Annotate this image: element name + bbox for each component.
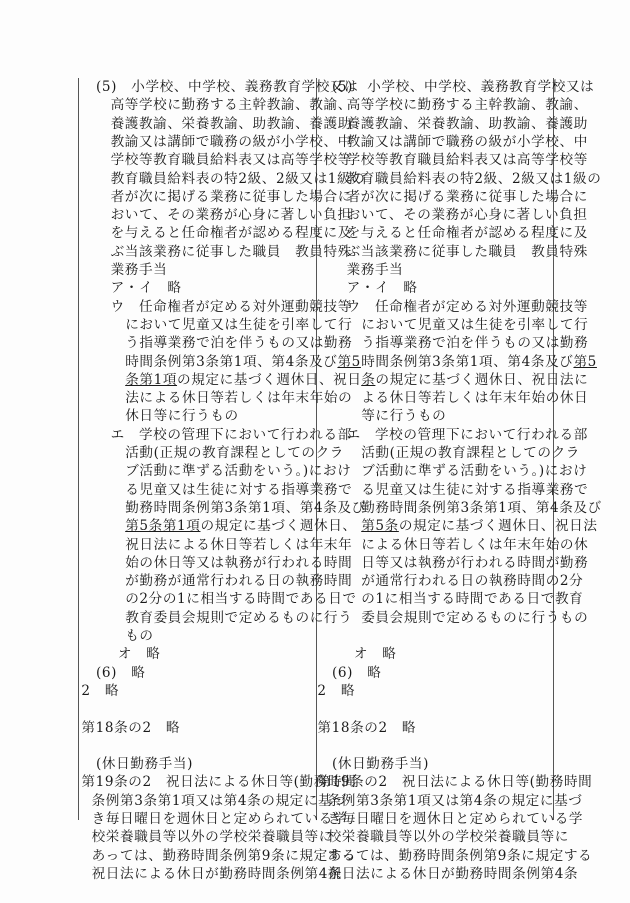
text-line: 教育委員会規則で定めるものに行う (125, 609, 352, 627)
text-line: 祝日法による休日等若しくは年末年 (125, 536, 352, 554)
text-line: 校栄養職員等以外の学校栄養職員等に (328, 828, 569, 846)
text-line: 養護教諭、栄養教諭、助教諭、養護助 (111, 115, 352, 133)
text-line: において児童又は生徒を引率して行 (361, 316, 588, 334)
text-line: が通常行われる日の執務時間の2分 (361, 572, 583, 590)
text-line: あっては、勤務時間条例第9条に規定する (92, 847, 357, 865)
text-line: 委員会規則で定めるものに行うもの (361, 609, 588, 627)
text-line: 第5条の規定に基づく週休日、祝日法 (361, 517, 597, 535)
text-line: 第19条の2 祝日法による休日等(勤務時間 (81, 773, 356, 791)
text-line: が勤務が通常行われる日の執務時間 (125, 572, 352, 590)
text-segment: の規定に基づく週休日、 (200, 518, 356, 534)
text-line: (休日勤務手当) (332, 755, 429, 773)
text-line: 条例第3条第1項又は第4条の規定に基づ (92, 792, 347, 810)
text-line: 者が次に掲げる業務に従事した場合に (111, 188, 352, 206)
text-line: 休日等に行うもの (125, 407, 239, 425)
text-line: ブ活動に準ずる活動をいう。)におけ (361, 462, 587, 480)
text-line: 勤務時間条例第3条第1項、第4条及び (125, 499, 366, 517)
text-line: (5) 小学校、中学校、義務教育学校又は (332, 78, 594, 96)
text-line: 養護教諭、栄養教諭、助教諭、養護助 (347, 115, 588, 133)
text-segment: 時間条例第3条第1項、第4条及び (361, 354, 573, 370)
text-line: ウ 任命権者が定める対外運動競技等 (347, 298, 588, 316)
text-line: おいて、その業務が心身に著しい負担 (111, 206, 352, 224)
text-line: 活動(正規の教育課程としてのクラ (125, 444, 344, 462)
text-line: の1に相当する時間である日で教育 (361, 590, 583, 608)
text-line: 高等学校に勤務する主幹教諭、教諭、 (111, 96, 352, 114)
text-line: 高等学校に勤務する主幹教諭、教諭、 (347, 96, 588, 114)
text-line: を与えると任命権者が認める程度に及 (347, 224, 588, 242)
text-segment: の規定に基づく週休日、祝日法 (399, 518, 598, 534)
text-line: き毎日曜日を週休日と定められている学 (92, 810, 348, 828)
text-line: (6) 略 (332, 664, 381, 682)
text-line: おいて、その業務が心身に著しい負担 (347, 206, 588, 224)
text-line: オ 略 (118, 645, 161, 663)
text-line: ブ活動に準ずる活動をいう。)におけ (125, 462, 351, 480)
text-line: による休日等若しくは年末年始の休 (361, 536, 588, 554)
text-line: 勤務時間条例第3条第1項、第4条及び (361, 499, 602, 517)
text-line: 者が次に掲げる業務に従事した場合に (347, 188, 588, 206)
text-line: 校栄養職員等以外の学校栄養職員等に (92, 828, 333, 846)
text-line: 教諭又は講師で職務の級が小学校、中 (347, 133, 588, 151)
text-line: を与えると任命権者が認める程度に及 (111, 224, 352, 242)
text-line: 始の休日等又は執務が行われる時間 (125, 554, 352, 572)
text-line: 第18条の2 略 (81, 719, 180, 737)
text-line: ア・イ 略 (111, 279, 182, 297)
text-line: において児童又は生徒を引率して行 (125, 316, 352, 334)
text-line: 学校等教育職員給料表又は高等学校等 (347, 151, 588, 169)
underlined-amendment: 第5 (573, 354, 596, 370)
text-line: (6) 略 (96, 664, 145, 682)
underlined-amendment: 条 (361, 372, 375, 388)
left-border-line (78, 78, 79, 820)
text-line: 条例第3条第1項又は第4条の規定に基づ (328, 792, 583, 810)
text-line: (5) 小学校、中学校、義務教育学校又は (96, 78, 358, 96)
underlined-amendment: 第5条第1項 (125, 518, 200, 534)
underlined-amendment: 条第1項 (125, 372, 177, 388)
text-line: 業務手当 (111, 261, 168, 279)
text-line: う指導業務で泊を伴うもの又は勤務 (125, 334, 352, 352)
underlined-amendment: 第5 (337, 354, 360, 370)
text-line: 条の規定に基づく週休日、祝日法に (361, 371, 588, 389)
text-line: あっては、勤務時間条例第9条に規定する (328, 847, 593, 865)
text-line: 第19条の2 祝日法による休日等(勤務時間 (317, 773, 592, 791)
text-line: 学校等教育職員給料表又は高等学校等 (111, 151, 352, 169)
text-line: ぶ当該業務に従事した職員 教員特殊 (347, 243, 588, 261)
text-line: る児童又は生徒に対する指導業務で (125, 481, 352, 499)
text-segment: の規定に基づく週休日、祝日 (177, 372, 362, 388)
text-line: 教育職員給料表の特2級、2級又は1級の (347, 170, 602, 188)
text-line: ア・イ 略 (347, 279, 418, 297)
text-line: る児童又は生徒に対する指導業務で (361, 481, 588, 499)
text-line: (休日勤務手当) (96, 755, 193, 773)
text-segment: 時間条例第3条第1項、第4条及び (125, 354, 337, 370)
text-line: エ 学校の管理下において行われる部 (347, 426, 588, 444)
text-line: よる休日等若しくは年末年始の休日 (361, 389, 588, 407)
text-line: う指導業務で泊を伴うもの又は勤務 (361, 334, 588, 352)
text-line: 条第1項の規定に基づく週休日、祝日 (125, 371, 361, 389)
underlined-amendment: 第5条 (361, 518, 399, 534)
text-line: 等に行うもの (361, 407, 446, 425)
text-line: ぶ当該業務に従事した職員 教員特殊 (111, 243, 352, 261)
text-line: 2 略 (317, 682, 355, 700)
text-line: もの (125, 627, 153, 645)
text-line: 活動(正規の教育課程としてのクラ (361, 444, 580, 462)
text-segment: の規定に基づく週休日、祝日法に (375, 372, 588, 388)
text-line: 業務手当 (347, 261, 404, 279)
text-line: エ 学校の管理下において行われる部 (111, 426, 352, 444)
text-line: 第18条の2 略 (317, 719, 416, 737)
text-line: 教育職員給料表の特2級、2級又は1級の (111, 170, 366, 188)
text-line: ウ 任命権者が定める対外運動競技等 (111, 298, 352, 316)
text-line: 時間条例第3条第1項、第4条及び第5 (125, 353, 361, 371)
text-line: 2 略 (81, 682, 119, 700)
text-line: 教諭又は講師で職務の級が小学校、中 (111, 133, 352, 151)
text-line: 祝日法による休日が勤務時間条例第4条 (92, 865, 343, 883)
text-line: き毎日曜日を週休日と定められている学 (328, 810, 584, 828)
text-line: 日等又は執務が行われる時間が勤務 (361, 554, 588, 572)
text-line: の2分の1に相当する時間である日で (125, 590, 356, 608)
text-line: 法による休日等若しくは年末年始の (125, 389, 352, 407)
text-line: 第5条第1項の規定に基づく週休日、 (125, 517, 356, 535)
text-line: 祝日法による休日が勤務時間条例第4条 (328, 865, 579, 883)
text-line: オ 略 (354, 645, 397, 663)
text-line: 時間条例第3条第1項、第4条及び第5 (361, 353, 597, 371)
